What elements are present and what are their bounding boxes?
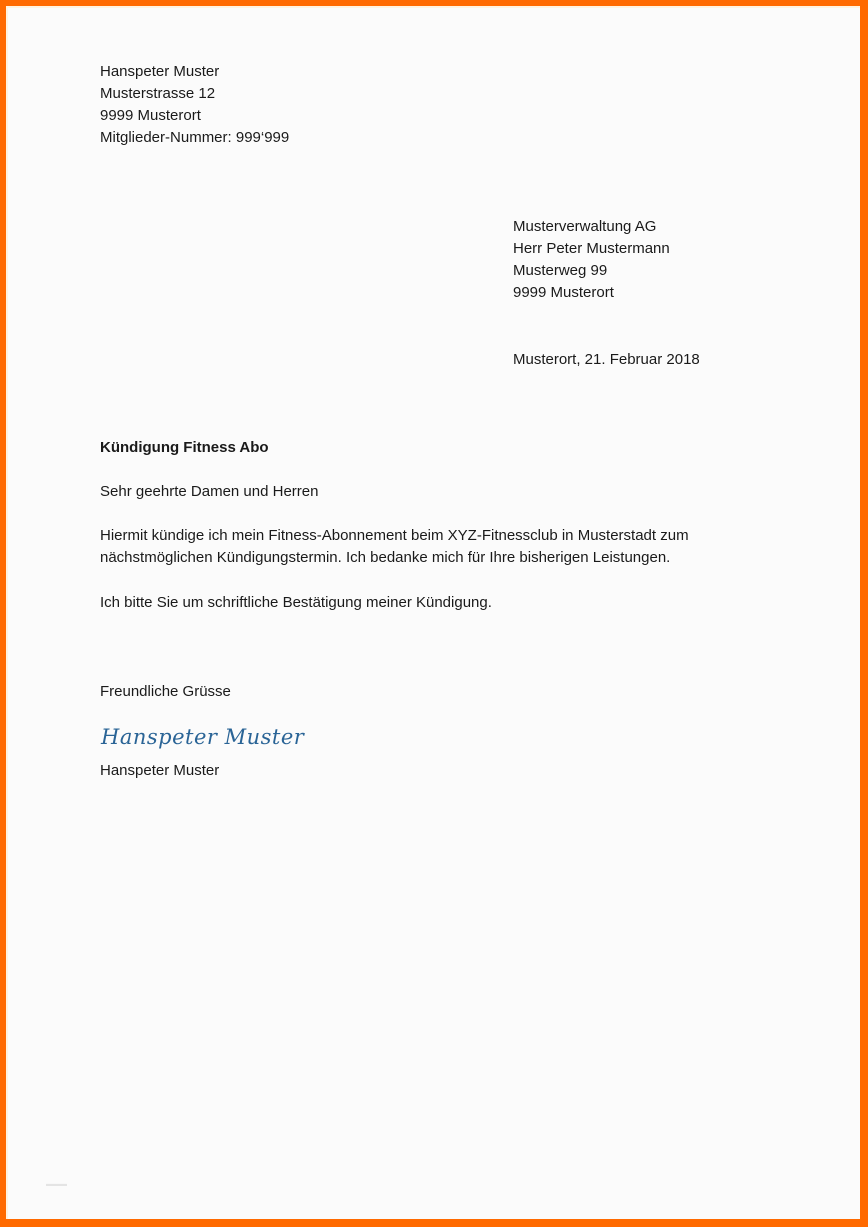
salutation: Sehr geehrte Damen und Herren bbox=[100, 481, 318, 503]
subject-line: Kündigung Fitness Abo bbox=[100, 437, 269, 459]
recipient-contact: Herr Peter Mustermann bbox=[513, 238, 670, 260]
sender-street: Musterstrasse 12 bbox=[100, 83, 215, 105]
sender-name: Hanspeter Muster bbox=[100, 61, 219, 83]
recipient-street: Musterweg 99 bbox=[513, 260, 607, 282]
closing: Freundliche Grüsse bbox=[100, 681, 231, 703]
body-paragraph-1-line-1: Hiermit kündige ich mein Fitness-Abonnem… bbox=[100, 525, 689, 547]
signature-name: Hanspeter Muster bbox=[100, 760, 219, 782]
faint-watermark: ▬▬▬ bbox=[46, 1181, 67, 1188]
sender-member-number: Mitglieder-Nummer: 999‘999 bbox=[100, 127, 289, 149]
sender-city: 9999 Musterort bbox=[100, 105, 201, 127]
handwritten-signature: Hanspeter Muster bbox=[101, 725, 304, 749]
date-line: Musterort, 21. Februar 2018 bbox=[513, 349, 700, 371]
body-paragraph-2: Ich bitte Sie um schriftliche Bestätigun… bbox=[100, 592, 492, 614]
recipient-city: 9999 Musterort bbox=[513, 282, 614, 304]
recipient-company: Musterverwaltung AG bbox=[513, 216, 656, 238]
body-paragraph-1-line-2: nächstmöglichen Kündigungstermin. Ich be… bbox=[100, 547, 670, 569]
letter-page: Hanspeter Muster Musterstrasse 12 9999 M… bbox=[6, 6, 860, 1219]
